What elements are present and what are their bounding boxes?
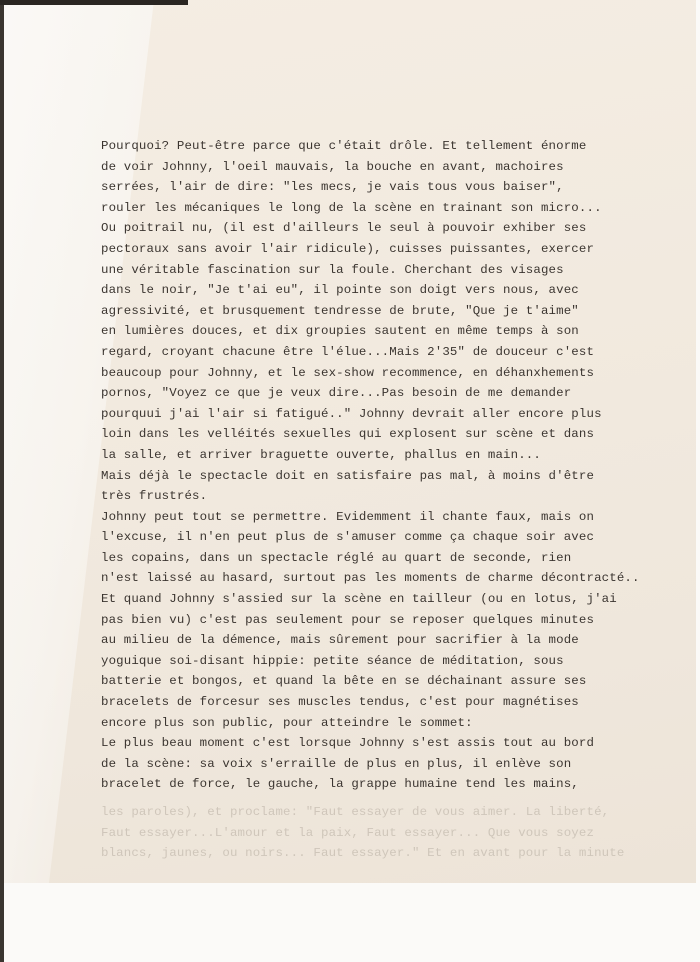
text-line: la salle, et arriver braguette ouverte, … (101, 445, 700, 466)
text-line: yoguique soi-disant hippie: petite séanc… (101, 651, 700, 672)
bleed-line: les paroles), et proclame: "Faut essayer… (101, 802, 700, 823)
text-line: très frustrés. (101, 486, 700, 507)
scanner-bed (4, 883, 696, 962)
text-line: n'est laissé au hasard, surtout pas les … (101, 568, 700, 589)
text-line: de voir Johnny, l'oeil mauvais, la bouch… (101, 157, 700, 178)
text-line: agressivité, et brusquement tendresse de… (101, 301, 700, 322)
text-line: au milieu de la démence, mais sûrement p… (101, 630, 700, 651)
text-line: pectoraux sans avoir l'air ridicule), cu… (101, 239, 700, 260)
text-line: l'excuse, il n'en peut plus de s'amuser … (101, 527, 700, 548)
scan-border-left (0, 0, 4, 962)
text-line: rouler les mécaniques le long de la scèn… (101, 198, 700, 219)
bleed-line: Faut essayer...L'amour et la paix, Faut … (101, 823, 700, 844)
text-line: une véritable fascination sur la foule. … (101, 260, 700, 281)
text-line: encore plus son public, pour atteindre l… (101, 713, 700, 734)
typewritten-body: Pourquoi? Peut-être parce que c'était dr… (101, 136, 700, 795)
text-line: batterie et bongos, et quand la bête en … (101, 671, 700, 692)
text-line: pas bien vu) c'est pas seulement pour se… (101, 610, 700, 631)
text-line: Johnny peut tout se permettre. Evidemmen… (101, 507, 700, 528)
text-line: serrées, l'air de dire: "les mecs, je va… (101, 177, 700, 198)
bleed-through-text: les paroles), et proclame: "Faut essayer… (101, 802, 700, 864)
text-line: bracelet de force, le gauche, la grappe … (101, 774, 700, 795)
text-line: les copains, dans un spectacle réglé au … (101, 548, 700, 569)
text-line: pornos, "Voyez ce que je veux dire...Pas… (101, 383, 700, 404)
text-line: loin dans les velléités sexuelles qui ex… (101, 424, 700, 445)
text-line: Pourquoi? Peut-être parce que c'était dr… (101, 136, 700, 157)
text-line: Et quand Johnny s'assied sur la scène en… (101, 589, 700, 610)
text-line: beaucoup pour Johnny, et le sex-show rec… (101, 363, 700, 384)
text-line: bracelets de forcesur ses muscles tendus… (101, 692, 700, 713)
text-line: dans le noir, "Je t'ai eu", il pointe so… (101, 280, 700, 301)
text-line: de la scène: sa voix s'erraille de plus … (101, 754, 700, 775)
text-line: en lumières douces, et dix groupies saut… (101, 321, 700, 342)
text-line: pourquui j'ai l'air si fatigué.." Johnny… (101, 404, 700, 425)
text-line: Mais déjà le spectacle doit en satisfair… (101, 466, 700, 487)
bleed-line: blancs, jaunes, ou noirs... Faut essayer… (101, 843, 700, 864)
text-line: Le plus beau moment c'est lorsque Johnny… (101, 733, 700, 754)
text-line: Ou poitrail nu, (il est d'ailleurs le se… (101, 218, 700, 239)
scan-border-top (0, 0, 188, 5)
text-line: regard, croyant chacune être l'élue...Ma… (101, 342, 700, 363)
